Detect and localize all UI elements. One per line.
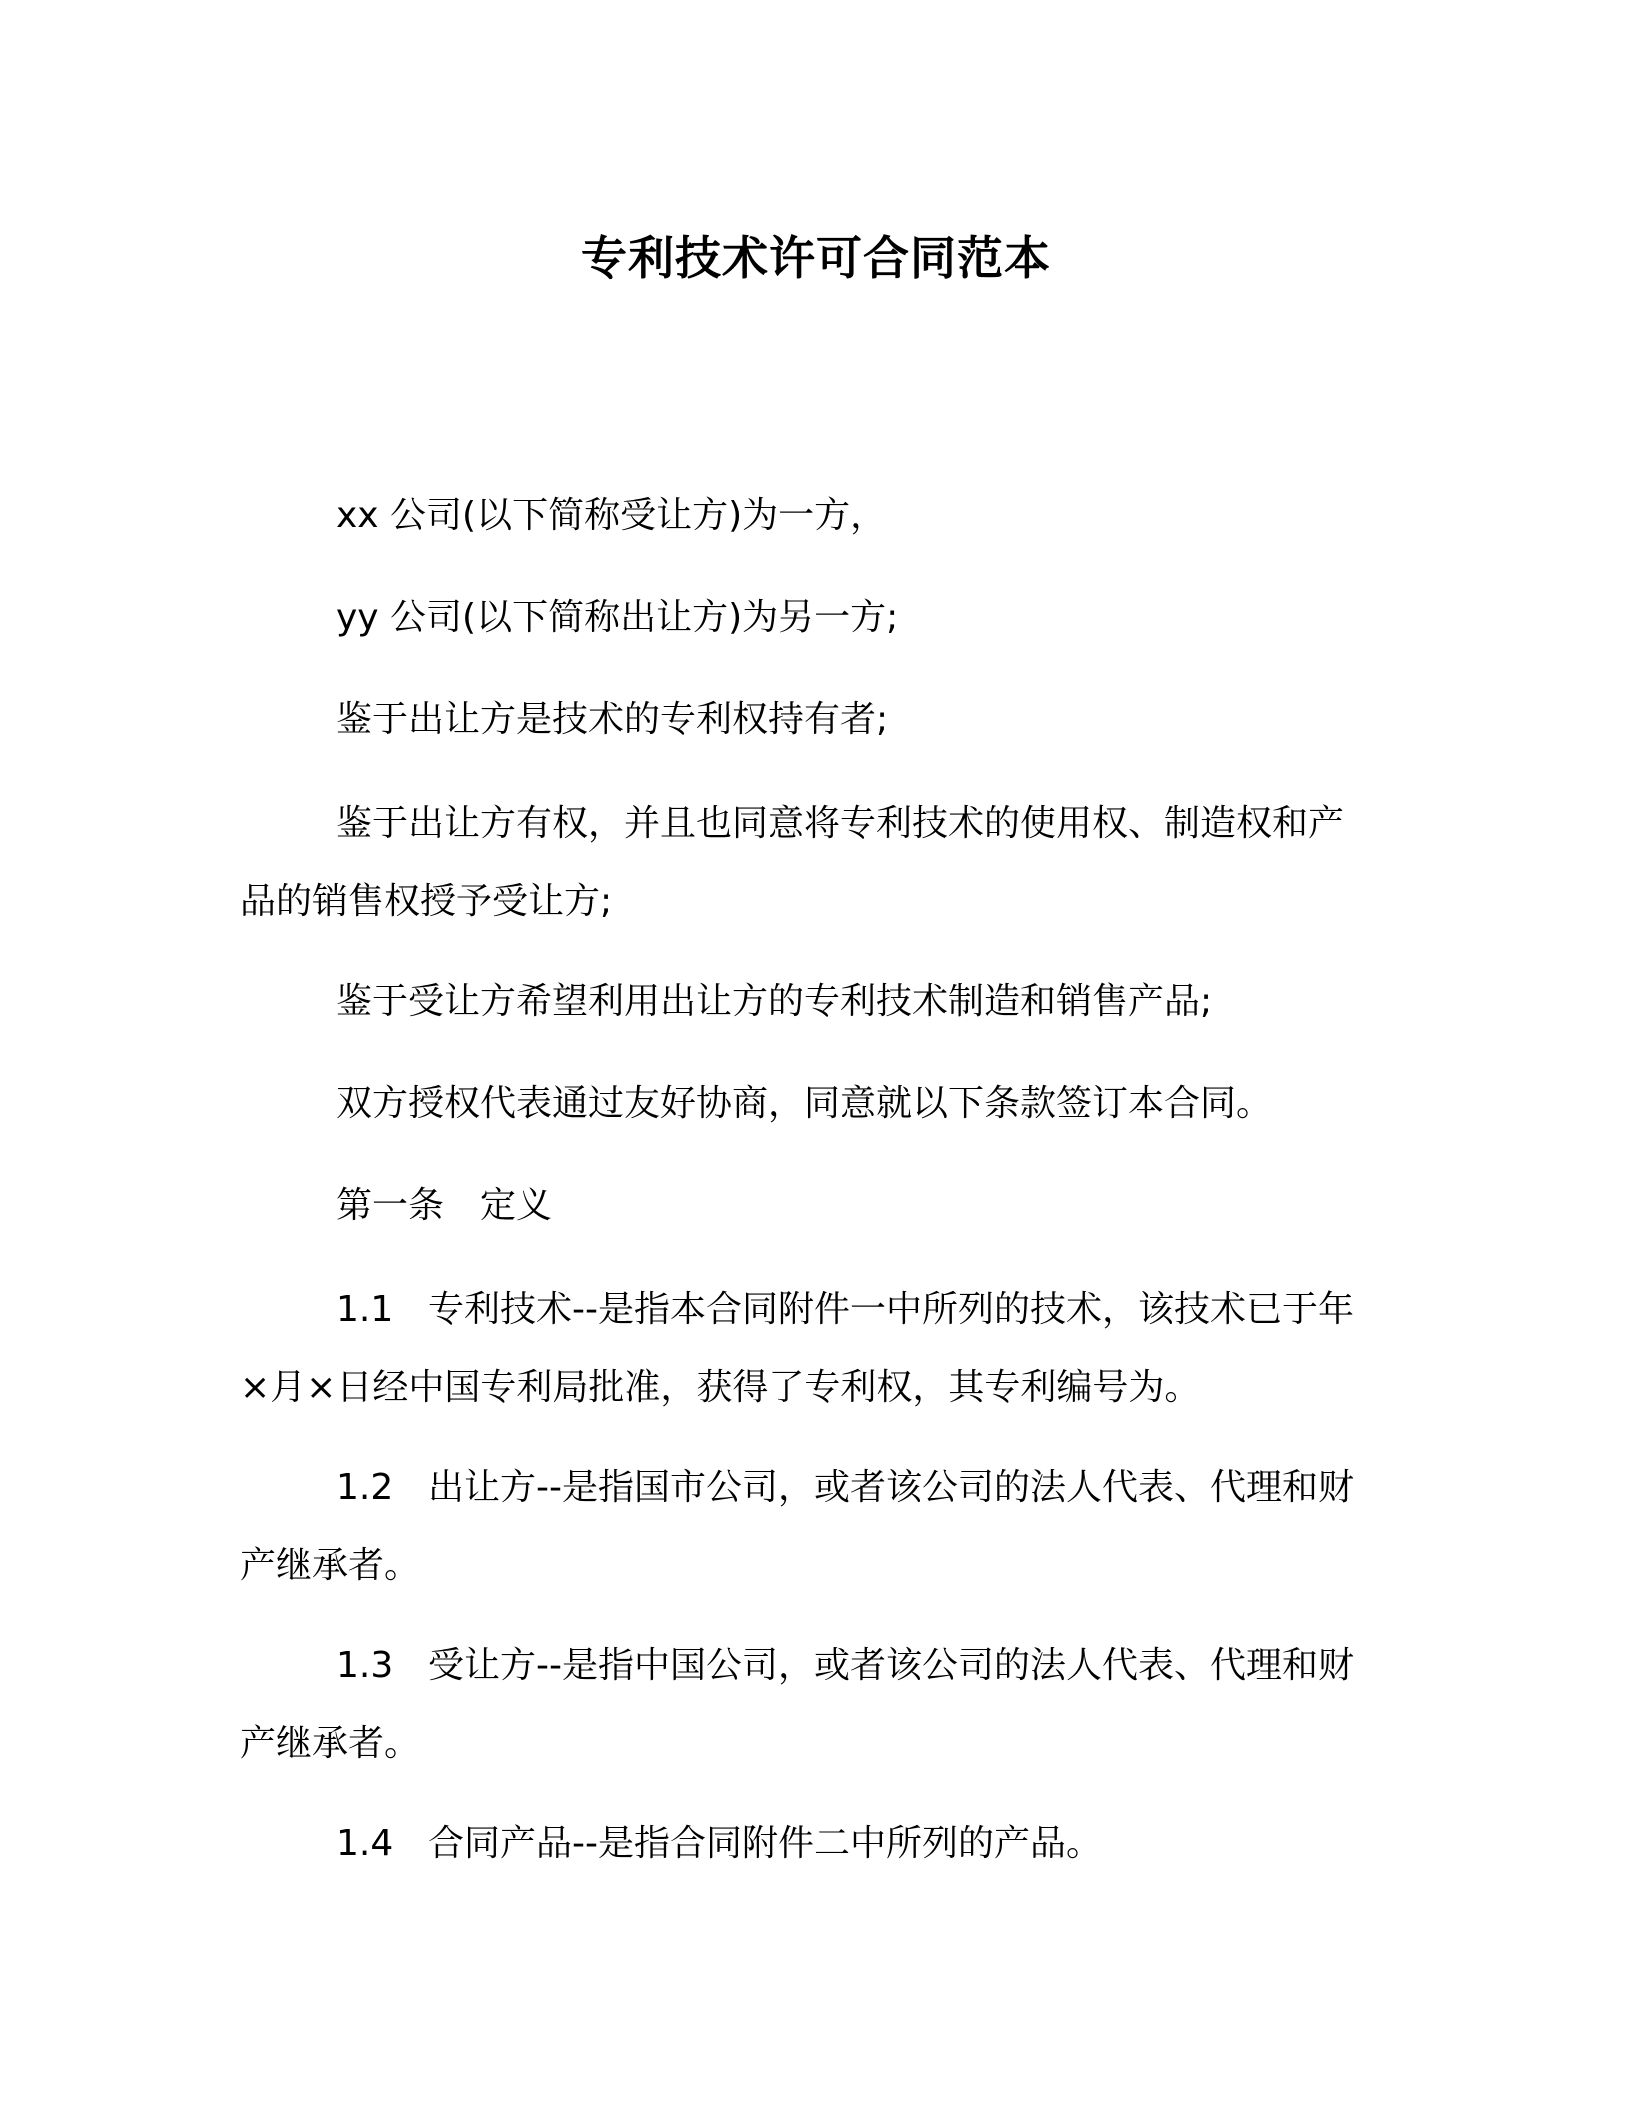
clause-1-4: 1.4合同产品--是指合同附件二中所列的产品。 [336, 1822, 1102, 1866]
document-title: 专利技术许可合同范本 [0, 222, 1632, 288]
clause-number: 1.1 [336, 1288, 428, 1332]
clause-text: 出让方--是指国市公司，或者该公司的法人代表、代理和财 [428, 1467, 1354, 1508]
paragraph-whereas-2-line-2: 品的销售权授予受让方; [240, 880, 612, 924]
clause-number: 1.4 [336, 1822, 428, 1866]
paragraph-party-b: yy 公司(以下简称出让方)为另一方; [336, 596, 898, 640]
clause-1-3: 1.3受让方--是指中国公司，或者该公司的法人代表、代理和财 [336, 1644, 1354, 1688]
clause-1-1-continuation: ×月×日经中国专利局批准，获得了专利权，其专利编号为。 [240, 1366, 1200, 1410]
clause-1-2: 1.2出让方--是指国市公司，或者该公司的法人代表、代理和财 [336, 1466, 1354, 1510]
paragraph-whereas-1: 鉴于出让方是技术的专利权持有者; [336, 698, 888, 742]
clause-1-2-continuation: 产继承者。 [240, 1544, 420, 1588]
paragraph-agreement: 双方授权代表通过友好协商，同意就以下条款签订本合同。 [336, 1082, 1272, 1126]
clause-1-3-continuation: 产继承者。 [240, 1722, 420, 1766]
paragraph-whereas-2-line-1: 鉴于出让方有权，并且也同意将专利技术的使用权、制造权和产 [336, 802, 1344, 846]
document-page: 专利技术许可合同范本 xx 公司(以下简称受让方)为一方， yy 公司(以下简称… [0, 0, 1632, 2112]
clause-number: 1.2 [336, 1466, 428, 1510]
paragraph-party-a: xx 公司(以下简称受让方)为一方， [336, 494, 886, 538]
clause-1-1: 1.1专利技术--是指本合同附件一中所列的技术，该技术已于年 [336, 1288, 1354, 1332]
clause-text: 受让方--是指中国公司，或者该公司的法人代表、代理和财 [428, 1645, 1354, 1686]
clause-text: 合同产品--是指合同附件二中所列的产品。 [428, 1823, 1102, 1864]
article-1-heading: 第一条 定义 [336, 1184, 552, 1228]
clause-text: 专利技术--是指本合同附件一中所列的技术，该技术已于年 [428, 1289, 1354, 1330]
paragraph-whereas-3: 鉴于受让方希望利用出让方的专利技术制造和销售产品; [336, 980, 1212, 1024]
clause-number: 1.3 [336, 1644, 428, 1688]
